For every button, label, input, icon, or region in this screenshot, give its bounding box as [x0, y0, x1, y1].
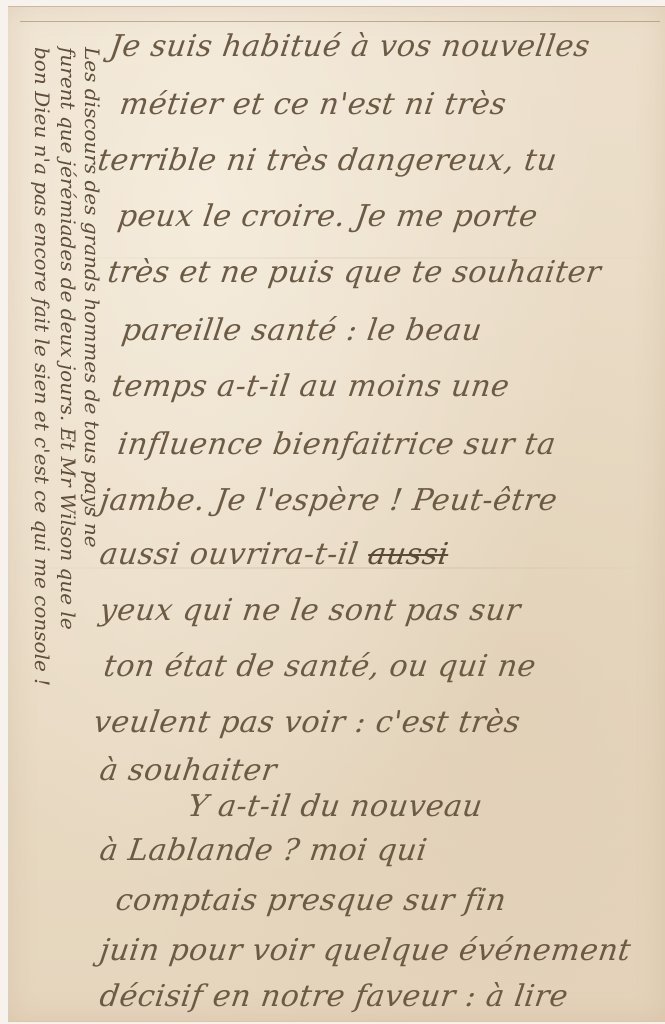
body-line: peux le croire. Je me porte [116, 199, 540, 234]
body-line: comptais presque sur fin [114, 883, 509, 918]
body-line-text: aussi ouvrira-t-il [98, 537, 361, 572]
body-line: aussi ouvrira-t-il aussi [98, 537, 451, 572]
letter-page: Je suis habitué à vos nouvelles métier e… [8, 6, 665, 1022]
body-line: terrible ni très dangereux, tu [96, 143, 560, 178]
margin-note-line: bon Dieu n'a pas encore fait le sien et … [30, 47, 54, 686]
body-line: décisif en notre faveur : à lire [98, 979, 571, 1014]
body-line: veulent pas voir : c'est très [92, 705, 523, 740]
margin-note-line: furent que jérémiades de deux jours. Et … [56, 47, 80, 630]
body-line: juin pour voir quelque événement [98, 933, 634, 968]
body-line: Je suis habitué à vos nouvelles [108, 29, 593, 64]
body-line: pareille santé : le beau [120, 313, 485, 348]
body-line: influence bienfaitrice sur ta [116, 427, 559, 462]
body-line: à souhaiter [98, 753, 280, 788]
body-line: métier et ce n'est ni très [118, 87, 509, 122]
body-line: très et ne puis que te souhaiter [106, 255, 604, 290]
body-line: jambe. Je l'espère ! Peut-être [98, 483, 560, 518]
body-line: yeux qui ne le sont pas sur [98, 593, 524, 628]
struck-word: aussi [366, 537, 451, 572]
body-line: à Lablande ? moi qui [98, 833, 430, 868]
margin-note-line: Les discours des grands hommes de tous p… [80, 47, 104, 548]
torn-top-edge [20, 21, 660, 22]
body-line: temps a-t-il au moins une [110, 369, 512, 404]
body-line: Y a-t-il du nouveau [186, 789, 485, 824]
body-line: ton état de santé, ou qui ne [102, 649, 539, 684]
